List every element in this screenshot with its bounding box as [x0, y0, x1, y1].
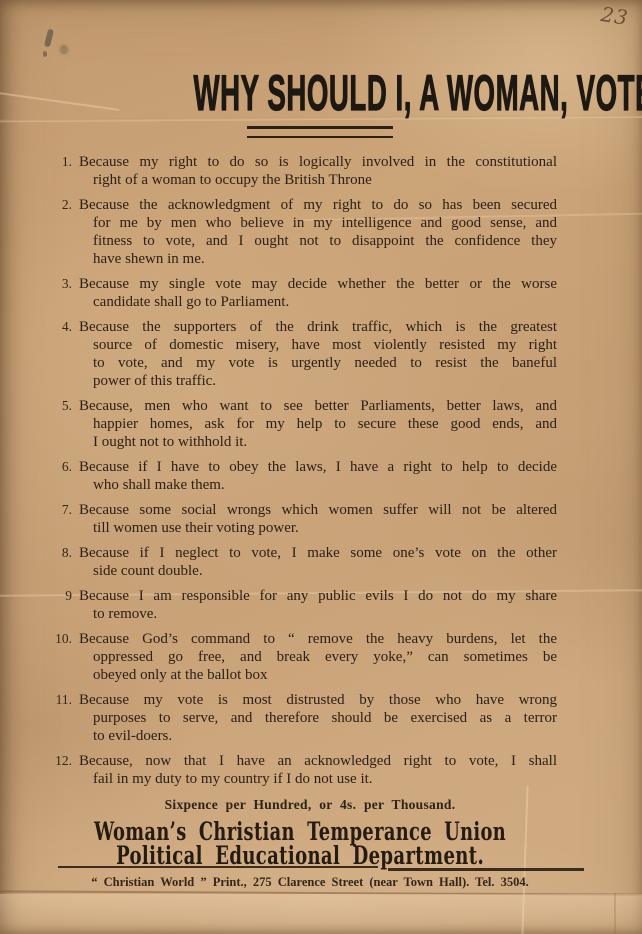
reason-line: Because if I have to obey the laws, I ha… — [79, 458, 557, 476]
reason-item: 10.Because God’s command to “ remove the… — [22, 630, 620, 684]
reason-number: 6. — [22, 458, 79, 494]
reason-number: 5. — [22, 397, 79, 451]
reason-line: fitness to vote, and I ought not to disa… — [79, 232, 557, 250]
reason-text: Because if I neglect to vote, I make som… — [79, 544, 557, 580]
reason-text: Because my vote is most distrusted by th… — [79, 691, 557, 745]
reason-line: Because my right to do so is logically i… — [79, 153, 557, 171]
reason-line: to evil-doers. — [79, 727, 557, 745]
ink-smudge — [60, 45, 68, 54]
reason-line: have shewn in me. — [79, 250, 557, 268]
reason-line: who shall make them. — [79, 476, 557, 494]
reason-line: Because some social wrongs which women s… — [79, 501, 557, 519]
reason-line: for me by men who believe in my intellig… — [79, 214, 557, 232]
reason-number: 10. — [22, 630, 79, 684]
reasons-list: 1.Because my right to do so is logically… — [22, 153, 620, 795]
reason-line: Because my vote is most distrusted by th… — [79, 691, 557, 709]
reason-number: 2. — [22, 196, 79, 268]
reason-line: Because the acknowledgment of my right t… — [79, 196, 557, 214]
reason-line: right of a woman to occupy the British T… — [79, 171, 557, 189]
printer-imprint: “ Christian World ” Print., 275 Clarence… — [0, 875, 620, 890]
reason-number: 9 — [22, 587, 79, 623]
paper-crease — [0, 890, 642, 895]
reason-item: 2.Because the acknowledgment of my right… — [22, 196, 620, 268]
reason-text: Because some social wrongs which women s… — [79, 501, 557, 537]
reason-line: Because God’s command to “ remove the he… — [79, 630, 557, 648]
scanned-handbill: 23 WHY SHOULD I, A WOMAN, VOTE? 1.Becaus… — [0, 0, 642, 934]
ink-mark — [43, 51, 47, 57]
reason-text: Because God’s command to “ remove the he… — [79, 630, 557, 684]
paper-crease — [614, 893, 616, 934]
footer-rule-left — [58, 866, 378, 868]
reason-text: Because I am responsible for any public … — [79, 587, 557, 623]
handwritten-number: 23 — [599, 2, 630, 30]
reason-line: Because if I neglect to vote, I make som… — [79, 544, 557, 562]
reason-line: side count double. — [79, 562, 557, 580]
reason-number: 4. — [22, 318, 79, 390]
price-line: Sixpence per Hundred, or 4s. per Thousan… — [0, 797, 620, 813]
reason-line: Because the supporters of the drink traf… — [79, 318, 557, 336]
reason-number: 8. — [22, 544, 79, 580]
reason-text: Because the acknowledgment of my right t… — [79, 196, 557, 268]
reason-item: 8.Because if I neglect to vote, I make s… — [22, 544, 620, 580]
reason-text: Because if I have to obey the laws, I ha… — [79, 458, 557, 494]
reason-line: obeyed only at the ballot box — [79, 666, 557, 684]
reason-item: 3.Because my single vote may decide whet… — [22, 275, 620, 311]
reason-item: 5.Because, men who want to see better Pa… — [22, 397, 620, 451]
reason-number: 7. — [22, 501, 79, 537]
reason-number: 11. — [22, 691, 79, 745]
reason-line: power of this traffic. — [79, 372, 557, 390]
reason-line: I ought not to withhold it. — [79, 433, 557, 451]
reason-item: 12.Because, now that I have an acknowled… — [22, 752, 620, 788]
reason-line: fail in my duty to my country if I do no… — [79, 770, 557, 788]
reason-line: purposes to serve, and therefore should … — [79, 709, 557, 727]
paper-edge-highlight — [0, 894, 642, 934]
reason-line: till women use their voting power. — [79, 519, 557, 537]
reason-text: Because my right to do so is logically i… — [79, 153, 557, 189]
reason-line: source of domestic misery, have most vio… — [79, 336, 557, 354]
reason-line: Because I am responsible for any public … — [79, 587, 557, 605]
reason-line: Because my single vote may decide whethe… — [79, 275, 557, 293]
reason-line: Because, men who want to see better Parl… — [79, 397, 557, 415]
reason-item: 11.Because my vote is most distrusted by… — [22, 691, 620, 745]
reason-text: Because, men who want to see better Parl… — [79, 397, 557, 451]
reason-line: oppressed go free, and break every yoke,… — [79, 648, 557, 666]
reason-item: 7.Because some social wrongs which women… — [22, 501, 620, 537]
reason-number: 3. — [22, 275, 79, 311]
page-title: WHY SHOULD I, A WOMAN, VOTE? — [194, 64, 642, 122]
reason-line: to vote, and my vote is urgently needed … — [79, 354, 557, 372]
reason-number: 12. — [22, 752, 79, 788]
reason-item: 4.Because the supporters of the drink tr… — [22, 318, 620, 390]
footer-rule-right — [388, 868, 584, 871]
reason-item: 9Because I am responsible for any public… — [22, 587, 620, 623]
reason-item: 1.Because my right to do so is logically… — [22, 153, 620, 189]
reason-text: Because the supporters of the drink traf… — [79, 318, 557, 390]
ink-mark — [44, 29, 54, 48]
reason-item: 6.Because if I have to obey the laws, I … — [22, 458, 620, 494]
title-block: WHY SHOULD I, A WOMAN, VOTE? — [0, 64, 595, 122]
reason-text: Because, now that I have an acknowledged… — [79, 752, 557, 788]
reason-line: Because, now that I have an acknowledged… — [79, 752, 557, 770]
reason-line: candidate shall go to Parliament. — [79, 293, 557, 311]
reason-line: to remove. — [79, 605, 557, 623]
title-double-rule — [247, 126, 393, 138]
reason-line: happier homes, ask for my help to secure… — [79, 415, 557, 433]
reason-text: Because my single vote may decide whethe… — [79, 275, 557, 311]
reason-number: 1. — [22, 153, 79, 189]
